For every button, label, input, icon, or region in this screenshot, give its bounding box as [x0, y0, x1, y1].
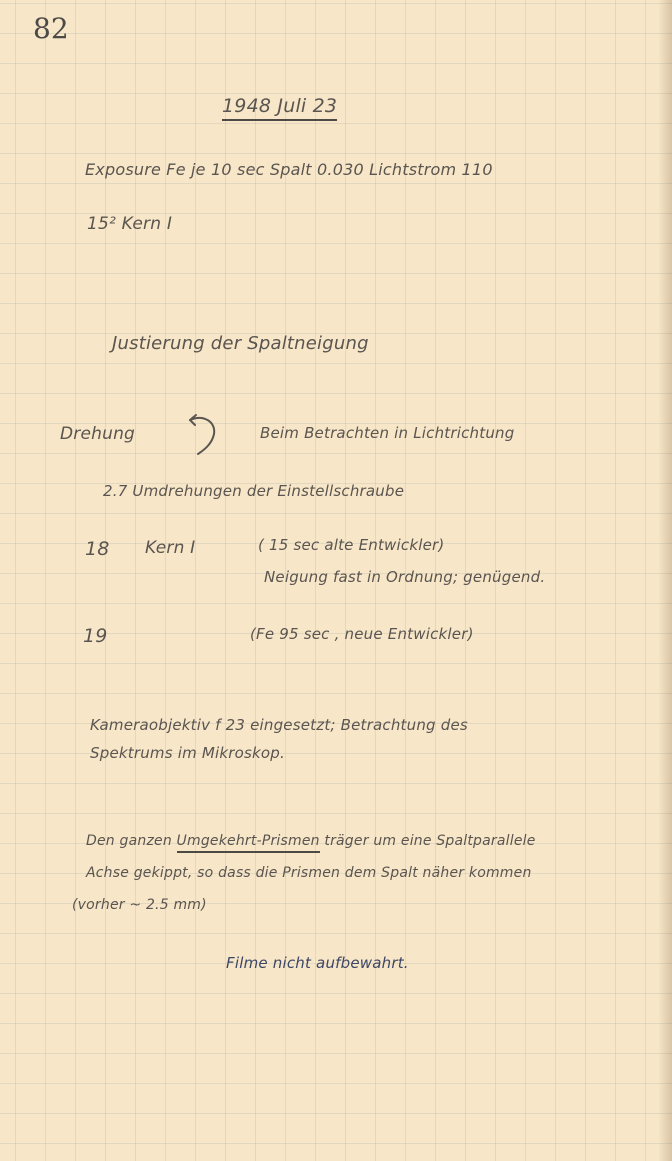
prism-paragraph-line-1: Den ganzen Umgekehrt-Prismen träger um e… [86, 833, 536, 849]
page-number: 82 [33, 12, 69, 45]
page-edge-shadow [658, 0, 672, 1161]
prism-paragraph-underlined: Umgekehrt-Prismen [177, 833, 320, 853]
exposure-19-note: (Fe 95 sec , neue Entwickler) [250, 625, 474, 643]
exposure-18-kern: Kern I [145, 538, 195, 558]
exposure-19-id: 19 [83, 625, 108, 647]
exposure-18-note: ( 15 sec alte Entwickler) [258, 536, 444, 554]
prism-paragraph-before: Den ganzen [86, 833, 177, 849]
counterclockwise-arrow-icon [184, 412, 224, 456]
camera-paragraph-line-2: Spektrums im Mikroskop. [90, 744, 285, 762]
camera-paragraph-line-1: Kameraobjektiv f 23 eingesetzt; Betracht… [90, 716, 468, 734]
rotation-note: Beim Betrachten in Lichtrichtung [260, 424, 514, 442]
exposure-18-result: Neigung fast in Ordnung; genügend. [264, 568, 545, 586]
adjustment-screw-line: 2.7 Umdrehungen der Einstellschraube [103, 482, 404, 500]
section-heading: Justierung der Spaltneigung [112, 333, 369, 354]
prism-paragraph-line-3: (vorher ~ 2.5 mm) [72, 897, 207, 913]
line-15-kern: 15² Kern I [87, 214, 172, 234]
setup-line: Exposure Fe je 10 sec Spalt 0.030 Lichts… [85, 160, 493, 179]
exposure-18-id: 18 [85, 538, 110, 560]
entry-date: 1948 Juli 23 [222, 95, 337, 121]
rotation-label: Drehung [60, 424, 135, 444]
footer-note: Filme nicht aufbewahrt. [226, 954, 409, 972]
prism-paragraph-after: träger um eine Spaltparallele [320, 833, 536, 849]
prism-paragraph-line-2: Achse gekippt, so dass die Prismen dem S… [86, 865, 532, 881]
